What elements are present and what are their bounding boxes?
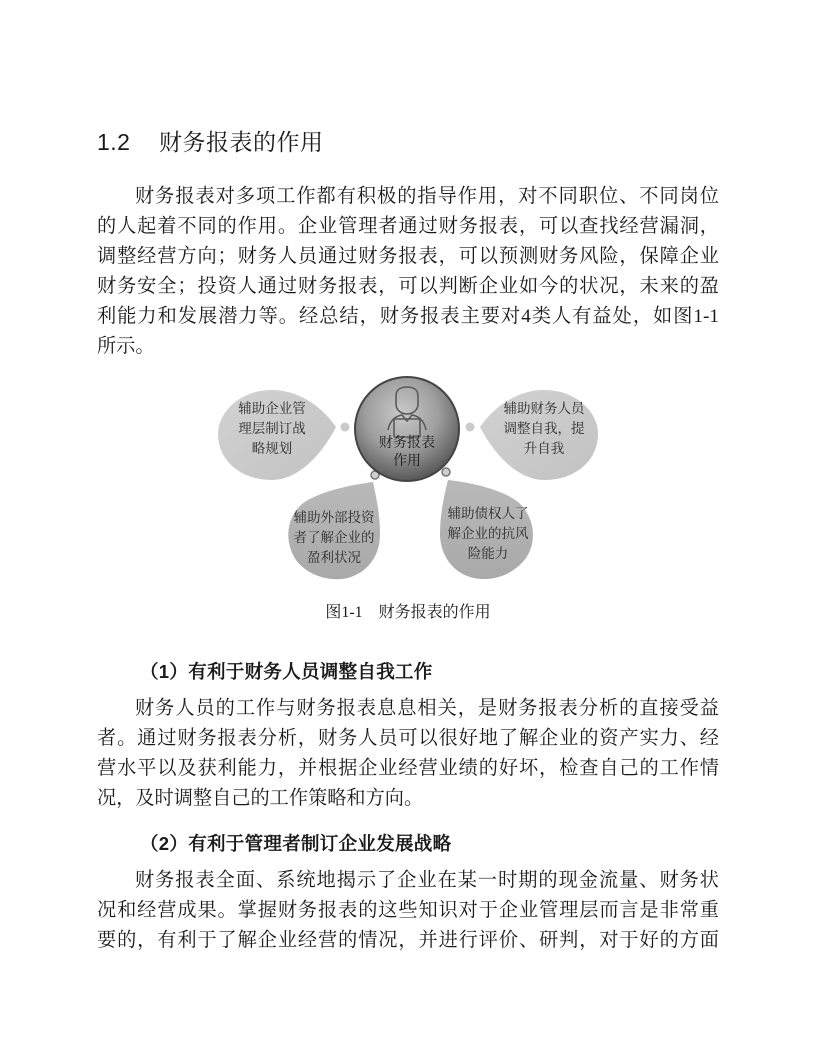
connector-dot-right [466,423,475,432]
bubble-right-line: 调整自我，提 [494,419,594,439]
bubble-left: 辅助企业管 理层制订战 略规划 [222,399,322,459]
paragraph-line: 况和经营成果。掌握财务报表的这些知识对于企业管理层而言是非常重 [97,896,719,926]
section-title: 1.2财务报表的作用 [97,124,324,157]
figure-caption: 图1-1财务报表的作用 [0,599,816,622]
subsection-paragraph-1: 财务人员的工作与财务报表息息相关，是财务报表分析的直接受益 者。通过财务报表分析… [97,694,719,814]
paragraph-line: 调整经营方向；财务人员通过财务报表，可以预测财务风险，保障企业 [97,242,719,272]
paragraph-line: 营水平以及获利能力，并根据企业经营业绩的好坏，检查自己的工作情 [97,754,719,784]
figure-title: 财务报表的作用 [379,604,491,621]
bubble-left-line: 辅助企业管 [222,399,322,419]
bubble-bottom-left-line: 辅助外部投资 [286,508,382,528]
paragraph-line: 所示。 [97,332,719,362]
center-label-line: 财务报表 [367,433,447,451]
bubble-bottom-right-line: 险能力 [440,544,536,564]
bubble-right: 辅助财务人员 调整自我，提 升自我 [494,399,594,459]
bubble-bottom-left: 辅助外部投资 者了解企业的 盈利状况 [286,508,382,568]
bubble-bottom-right-line: 解企业的抗风 [440,524,536,544]
bubble-bottom-right-line: 辅助债权人了 [440,504,536,524]
bubble-left-line: 理层制订战 [222,419,322,439]
paragraph-line: 财务安全；投资人通过财务报表，可以判断企业如今的状况，未来的盈 [97,272,719,302]
figure-diagram: 辅助企业管 理层制订战 略规划 辅助财务人员 调整自我，提 升自我 辅助外部投资… [210,372,610,587]
paragraph-line: 利能力和发展潜力等。经总结，财务报表主要对4类人有益处，如图1-1 [97,302,719,332]
subsection-heading-1: （1）有利于财务人员调整自我工作 [140,658,433,684]
connector-dot-bottom-right [442,468,450,476]
subsection-paragraph-2: 财务报表全面、系统地揭示了企业在某一时期的现金流量、财务状 况和经营成果。掌握财… [97,866,719,956]
paragraph-line: 的人起着不同的作用。企业管理者通过财务报表，可以查找经营漏洞， [97,212,719,242]
center-label: 财务报表 作用 [367,433,447,469]
section-title-text: 财务报表的作用 [159,129,324,155]
connector-dot-left [341,423,350,432]
paragraph-line: 要的，有利于了解企业经营的情况，并进行评价、研判，对于好的方面 [97,926,719,956]
section-number: 1.2 [97,129,159,156]
paragraph-line: 财务报表对多项工作都有积极的指导作用，对不同职位、不同岗位 [97,182,719,212]
paragraph-line: 者。通过财务报表分析，财务人员可以很好地了解企业的资产实力、经 [97,724,719,754]
paragraph-line: 财务报表全面、系统地揭示了企业在某一时期的现金流量、财务状 [97,866,719,896]
paragraph-line: 财务人员的工作与财务报表息息相关，是财务报表分析的直接受益 [97,694,719,724]
bubble-left-line: 略规划 [222,439,322,459]
subsection-heading-2: （2）有利于管理者制订企业发展战略 [140,830,451,856]
intro-paragraph: 财务报表对多项工作都有积极的指导作用，对不同职位、不同岗位 的人起着不同的作用。… [97,182,719,362]
bubble-right-line: 辅助财务人员 [494,399,594,419]
figure-number: 图1-1 [325,604,362,621]
center-label-line: 作用 [367,451,447,469]
bubble-right-line: 升自我 [494,439,594,459]
bubble-bottom-left-line: 者了解企业的 [286,528,382,548]
paragraph-line: 况，及时调整自己的工作策略和方向。 [97,784,719,814]
bubble-bottom-right: 辅助债权人了 解企业的抗风 险能力 [440,504,536,564]
bubble-bottom-left-line: 盈利状况 [286,548,382,568]
